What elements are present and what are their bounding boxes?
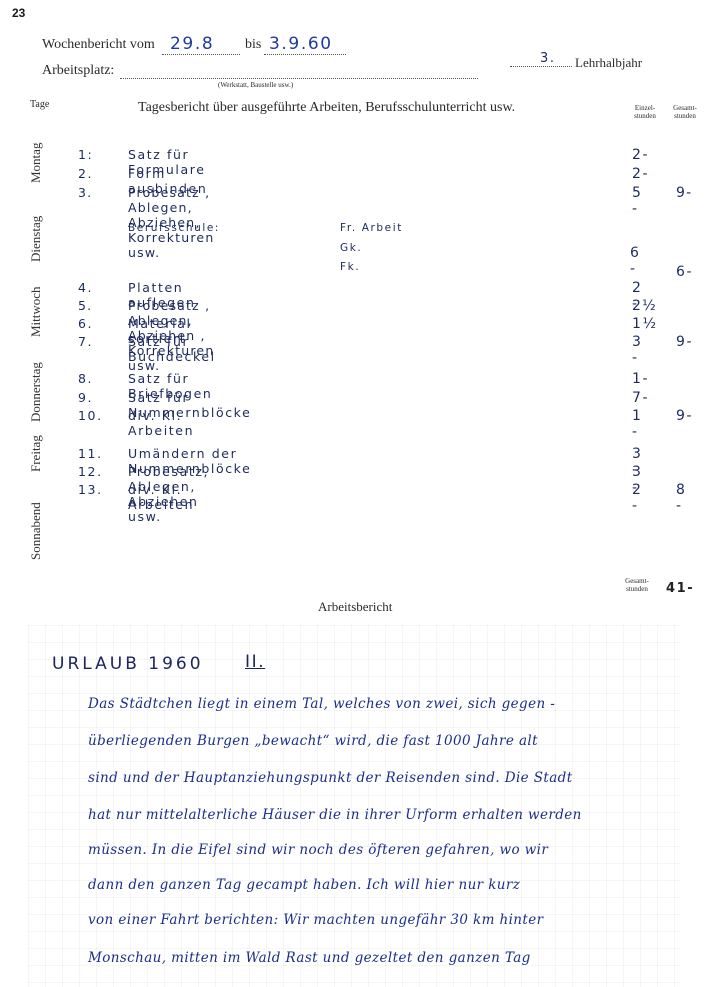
entry-number: 7. [78,334,93,349]
workplace-hint: (Werkstatt, Baustelle usw.) [218,81,293,89]
workplace-label: Arbeitsplatz: [42,63,114,79]
entry-total-hours: 9- [676,185,692,201]
day-label: Mittwoch [28,286,44,337]
grand-total-label-line2: stunden [622,585,652,593]
entry-text: Berufsschule: [128,222,220,234]
entry-single-hours: 2 - [632,482,643,514]
entry-number: 6. [78,316,93,331]
entry-number: 12. [78,464,103,479]
essay-line: von einer Fahrt berichten: Wir machten u… [88,912,543,928]
entry-single-hours: 2½ [632,298,657,314]
week-from-field[interactable]: 29.8 [170,34,214,54]
entry-number: 2. [78,166,93,181]
entry-text: div. Kl. Arbeiten [128,408,194,438]
entry-number: 10. [78,408,103,423]
day-label: Freitag [28,435,44,472]
entry-single-hours: 1½ [632,316,658,332]
entry-subject: Fk. [340,261,360,273]
single-hours-header-line2: stunden [630,112,660,120]
page-number: 23 [12,6,25,20]
entry-total-hours: 9- [676,408,693,424]
half-year-field[interactable]: 3. [540,51,556,66]
entry-single-hours: 2- [632,166,649,182]
entry-subject: Fr. Arbeit [340,222,403,234]
entry-number: 13. [78,482,103,497]
day-label: Sonnabend [28,502,44,560]
entry-text: div. Kl. Arbeiten [128,482,194,512]
entry-total-hours: 8 - [676,482,687,514]
entry-number: 1: [78,147,93,162]
entry-single-hours: 1 - [632,408,643,440]
day-label: Dienstag [28,216,44,262]
half-year-label: Lehrhalbjahr [575,55,642,71]
entry-single-hours: 6 - [630,245,641,277]
grand-total-value: 41- [666,581,694,596]
total-hours-header: Gesamt- stunden [668,104,702,120]
essay-line: sind und der Hauptanziehungspunkt der Re… [88,770,573,786]
essay-line: Das Städtchen liegt in einem Tal, welche… [88,696,555,712]
entry-number: 11. [78,446,103,461]
workplace-line [120,78,478,79]
entry-total-hours: 6- [676,264,693,280]
half-year-line [510,66,572,67]
entry-single-hours: 3 - [632,334,643,366]
week-from-line [162,54,240,55]
entry-single-hours: 1- [632,371,649,387]
essay-line: hat nur mittelalterliche Häuser die in i… [88,807,582,823]
total-hours-header-line1: Gesamt- [668,104,702,112]
total-hours-header-line2: stunden [668,112,702,120]
essay-heading-numeral: II. [245,652,265,672]
day-label: Montag [28,143,44,183]
week-to-field[interactable]: 3.9.60 [269,34,333,54]
entry-text: Satz für Buchdeckel [128,334,216,364]
entry-total-hours: 9- [676,334,693,350]
essay-heading: URLAUB 1960 [52,654,204,674]
entry-number: 8. [78,371,93,386]
entry-single-hours: 7- [632,390,649,406]
entry-subject: Gk. [340,242,362,254]
report-column-header: Tagesbericht über ausgeführte Arbeiten, … [138,100,515,116]
entry-single-hours: 5 - [632,185,642,217]
week-to-line [264,54,346,55]
entry-number: 3. [78,185,92,200]
days-column-header: Tage [30,99,49,110]
essay-line: dann den ganzen Tag gecampt haben. Ich w… [88,877,520,893]
single-hours-header: Einzel- stunden [630,104,660,120]
single-hours-header-line1: Einzel- [630,104,660,112]
essay-line: Monschau, mitten im Wald Rast und gezelt… [88,950,531,966]
grid-paper [28,625,680,987]
grand-total-label: Gesamt- stunden [622,577,652,593]
workplace-field[interactable] [120,62,478,78]
entry-single-hours: 2- [632,147,649,163]
entry-number: 5. [78,298,92,313]
grand-total-label-line1: Gesamt- [622,577,652,585]
entry-number: 4. [78,280,93,295]
week-report-label: Wochenbericht vom [42,37,155,53]
day-label: Donnerstag [28,362,44,422]
until-label: bis [245,37,261,53]
essay-line: überliegenden Burgen „bewacht“ wird, die… [88,733,538,749]
essay-line: müssen. In die Eifel sind wir noch des ö… [88,842,548,858]
work-report-title: Arbeitsbericht [318,599,392,615]
entry-number: 9. [78,390,93,405]
